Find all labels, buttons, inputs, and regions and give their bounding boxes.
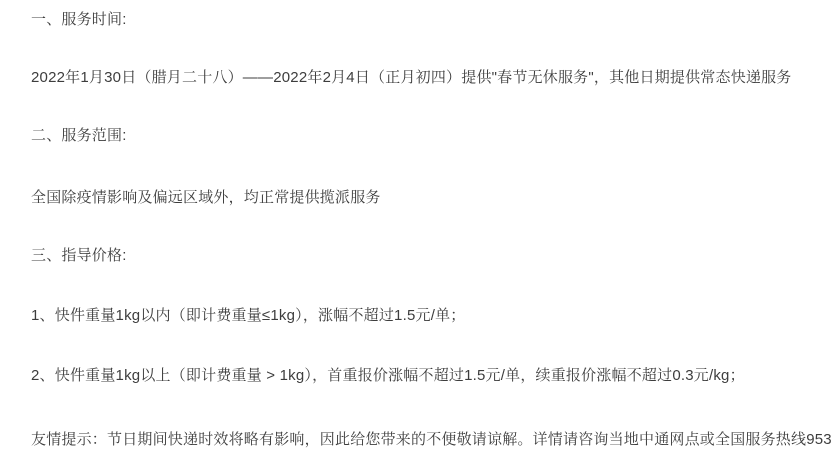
section-heading-guide-price: 三、指导价格: xyxy=(31,246,127,266)
service-time-paragraph: 2022年1月30日（腊月二十八）——2022年2月4日（正月初四）提供"春节无… xyxy=(31,68,792,88)
section-heading-service-time: 一、服务时间: xyxy=(31,10,127,30)
section-heading-service-scope: 二、服务范围: xyxy=(31,126,127,146)
guide-price-item-1: 1、快件重量1kg以内（即计费重量≤1kg），涨幅不超过1.5元/单； xyxy=(31,306,465,326)
service-scope-paragraph: 全国除疫情影响及偏远区域外，均正常提供揽派服务 xyxy=(31,188,381,208)
friendly-reminder-note: 友情提示：节日期间快递时效将略有影响，因此给您带来的不便敬请谅解。详情请咨询当地… xyxy=(31,430,832,450)
notice-document: 一、服务时间: 2022年1月30日（腊月二十八）——2022年2月4日（正月初… xyxy=(0,0,832,460)
guide-price-item-2: 2、快件重量1kg以上（即计费重量 > 1kg），首重报价涨幅不超过1.5元/单… xyxy=(31,366,745,386)
